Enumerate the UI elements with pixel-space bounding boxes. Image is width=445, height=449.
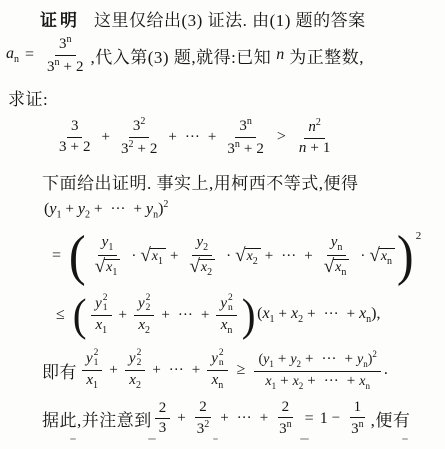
sqrt-radical: √x2 <box>235 246 261 267</box>
expansion-line: = ( y1 √x1 · √x1 + y2 √x2 · √x2 + ··· + … <box>0 223 445 287</box>
proof-label: 证明 <box>40 6 80 31</box>
juci-text: 据此,并注意到 <box>42 406 152 431</box>
fraction: y21 x1 <box>82 349 102 391</box>
fraction: y2n xn <box>207 349 227 391</box>
fraction: y1 √x1 <box>91 234 125 278</box>
ellipsis-dots: ··· <box>281 248 296 265</box>
scanned-proof-page: 证明 这里仅给出(3) 证法. 由(1) 题的答案 an = 3n 3n+2 ,… <box>0 0 445 449</box>
mid-text: ,代入第(3) 题,就得:已知 <box>91 43 272 68</box>
sqrt-radical: √xn <box>369 246 395 267</box>
superscript-2: 2 <box>163 199 168 210</box>
qiuzheng-line: 求证: <box>0 77 445 108</box>
operator-plus: + <box>152 362 160 379</box>
fraction: 2 3n <box>275 399 296 439</box>
ellipsis-dots: ··· <box>169 362 184 379</box>
cauchy-intro-line: 下面给出证明. 事实上,用柯西不等式,便得 <box>0 161 445 192</box>
operator-minus: − <box>332 410 340 427</box>
fraction: 32 32+2 <box>117 116 161 158</box>
math-var: a <box>6 45 14 62</box>
numerator: 3n <box>55 34 76 55</box>
target-inequality: 3 3+2 + 32 32+2 + ··· + 3n 3n+2 > n2 n+1 <box>0 108 445 161</box>
fraction: yn √xn <box>320 234 354 278</box>
math-an: an <box>6 45 19 65</box>
operator-greater-equal: ≥ <box>237 361 246 379</box>
operator-plus: + <box>101 129 109 146</box>
operator-cdot: · <box>360 248 365 265</box>
operator-equals: = <box>52 247 61 265</box>
ellipsis-dots: ··· <box>185 129 200 146</box>
operator-plus: + <box>109 362 117 379</box>
fraction: 2 32 <box>193 399 214 439</box>
operator-equals: = <box>305 410 314 428</box>
fraction: y22 x2 <box>125 349 145 391</box>
math-var-n: n <box>276 46 284 64</box>
fraction: y2n xn <box>216 294 236 336</box>
denominator: 3n+2 <box>43 56 87 76</box>
stacked-subsup: 22 <box>137 349 142 369</box>
qiuzheng-text: 求证: <box>8 85 48 110</box>
operator-plus: + <box>119 307 127 324</box>
x-sum-factor: (x1+x2+···+xn), <box>257 305 380 325</box>
operator-plus: + <box>192 362 200 379</box>
stacked-subsup: 21 <box>94 349 99 369</box>
comma: , <box>377 305 381 322</box>
proof-heading-line: 证明 这里仅给出(3) 证法. 由(1) 题的答案 <box>0 0 445 29</box>
sqrt-radical: √xn <box>324 257 350 278</box>
superscript-2: 2 <box>416 230 422 242</box>
fraction: 3n 3n+2 <box>223 116 267 158</box>
lhs-square-line: (y1+y2+···+yn)2 <box>0 192 445 223</box>
consequence-line: 即有 y21 x1 + y22 x2 + ··· + y2n xn ≥ (y1+… <box>0 343 445 397</box>
fraction: n2 n+1 <box>295 117 334 157</box>
sqrt-radical: √x2 <box>189 257 215 278</box>
operator-equals: = <box>25 46 34 64</box>
an-definition-line: an = 3n 3n+2 ,代入第(3) 题,就得:已知 n 为正整数, <box>0 29 445 77</box>
operator-plus: + <box>161 307 169 324</box>
subscript: n <box>14 54 19 65</box>
digit-one: 1 <box>320 410 328 428</box>
fraction: 1 3n <box>347 399 368 439</box>
operator-plus: + <box>304 248 312 265</box>
superscript: n <box>67 34 72 45</box>
stacked-subsup: 2n <box>228 294 233 314</box>
sqrt-radical: √x1 <box>140 246 166 267</box>
fraction: 3 3+2 <box>55 118 94 156</box>
fraction: y2 √x2 <box>185 234 219 278</box>
operator-cdot: · <box>131 248 136 265</box>
operator-plus: + <box>170 248 178 265</box>
stacked-subsup: 2n <box>219 349 224 369</box>
operator-greater-than: > <box>277 128 286 146</box>
operator-plus: + <box>168 129 176 146</box>
cutoff-line-artifact <box>0 438 445 444</box>
stacked-subsup: 21 <box>103 294 108 314</box>
operator-plus: + <box>265 248 273 265</box>
fraction: (y1+y2+···+yn)2 x1+x2+···+xn <box>254 349 380 391</box>
conclusion-line: 据此,并注意到 2 3 + 2 32 + ··· + 2 3n = 1 − 1 … <box>0 397 445 439</box>
fraction: 3n 3n+2 <box>43 34 87 76</box>
jiyou-text: 即有 <box>42 358 77 383</box>
bianyou-text: ,便有 <box>371 406 411 431</box>
operator-plus: + <box>260 410 268 427</box>
ellipsis-dots: ··· <box>178 307 193 324</box>
operator-cdot: · <box>226 248 231 265</box>
operator-plus: + <box>208 129 216 146</box>
cauchy-intro-text: 下面给出证明. 事实上,用柯西不等式,便得 <box>42 169 359 194</box>
period: . <box>384 361 388 379</box>
operator-less-equal: ≤ <box>56 306 65 324</box>
operator-plus: + <box>177 410 185 427</box>
stacked-subsup: 22 <box>146 294 151 314</box>
fraction: y21 x1 <box>91 294 111 336</box>
operator-plus: + <box>201 307 209 324</box>
cauchy-bound-line: ≤ ( y21 x1 + y22 x2 + ··· + y2n xn ) (x1… <box>0 287 445 343</box>
operator-plus: + <box>220 410 228 427</box>
fraction: y22 x2 <box>134 294 154 336</box>
sqrt-radical: √x1 <box>95 257 121 278</box>
fraction: 2 3 <box>155 400 171 438</box>
y-sum-squared: (y1+y2+···+yn)2 <box>44 199 168 221</box>
intro-text: 这里仅给出(3) 证法. 由(1) 题的答案 <box>94 6 366 31</box>
end-text: 为正整数, <box>289 43 364 68</box>
ellipsis-dots: ··· <box>237 410 252 427</box>
operator-plus: + <box>64 59 72 75</box>
